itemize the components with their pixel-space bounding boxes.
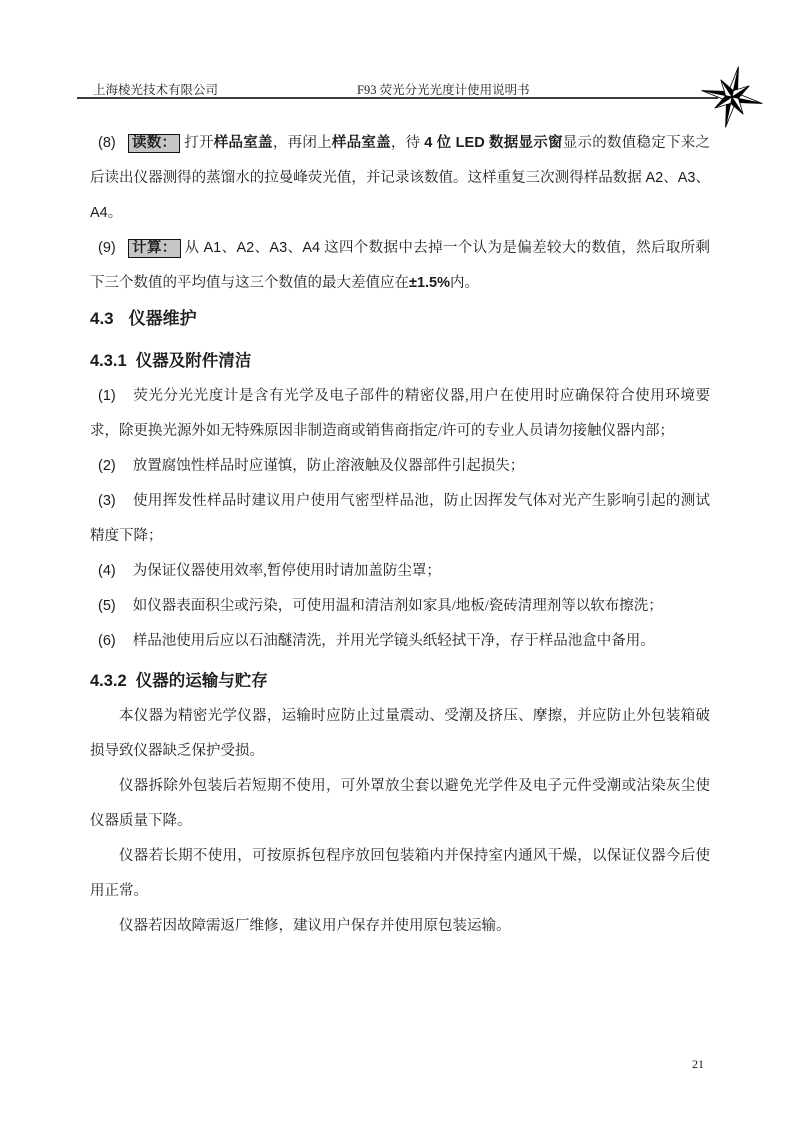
list-item: (2)放置腐蚀性样品时应谨慎，防止溶液触及仪器部件引起损失； — [90, 449, 710, 484]
body-paragraph: 本仪器为精密光学仪器，运输时应防止过量震动、受潮及挤压、摩擦，并应防止外包装箱破… — [90, 699, 710, 769]
item-number: (2) — [98, 458, 116, 474]
section-number: 4.3.1 — [90, 352, 127, 370]
section-title: 仪器的运输与贮存 — [136, 672, 268, 690]
section-number: 4.3.2 — [90, 672, 127, 690]
list-item: (3)使用挥发性样品时建议用户使用气密型样品池，防止因挥发气体对光产生影响引起的… — [90, 484, 710, 554]
document-body: (8)读数：打开样品室盖，再闭上样品室盖，待 4 位 LED 数据显示窗显示的数… — [90, 126, 710, 944]
document-page: 上海棱光技术有限公司 F93 荧光分光光度计使用说明书 (8)读数：打开样品室盖… — [0, 0, 793, 1122]
step-8-paragraph: (8)读数：打开样品室盖，再闭上样品室盖，待 4 位 LED 数据显示窗显示的数… — [90, 126, 710, 231]
header-doc-title: F93 荧光分光光度计使用说明书 — [357, 80, 530, 98]
calculate-label: 计算： — [128, 239, 181, 258]
item-number: (5) — [98, 598, 116, 614]
section-number: 4.3 — [90, 309, 114, 328]
item-number: (6) — [98, 633, 116, 649]
step-9-paragraph: (9)计算：从 A1、A2、A3、A4 这四个数据中去掉一个认为是偏差较大的数值… — [90, 231, 710, 301]
body-paragraph: 仪器若长期不使用，可按原拆包程序放回包装箱内并保持室内通风干燥，以保证仪器今后使… — [90, 839, 710, 909]
list-item: (4)为保证仪器使用效率,暂停使用时请加盖防尘罩； — [90, 554, 710, 589]
step-number: (9) — [98, 240, 116, 256]
item-number: (1) — [98, 388, 116, 404]
compass-rose-icon — [699, 64, 765, 130]
body-paragraph: 仪器若因故障需返厂维修，建议用户保存并使用原包装运输。 — [90, 909, 710, 944]
list-item: (1)荧光分光光度计是含有光学及电子部件的精密仪器,用户在使用时应确保符合使用环… — [90, 379, 710, 449]
body-paragraph: 仪器拆除外包装后若短期不使用，可外罩放尘套以避免光学件及电子元件受潮或沾染灰尘使… — [90, 769, 710, 839]
item-number: (4) — [98, 563, 116, 579]
step-number: (8) — [98, 135, 116, 151]
section-heading-4-3: 4.3仪器维护 — [90, 301, 710, 336]
section-heading-4-3-1: 4.3.1仪器及附件清洁 — [90, 344, 710, 379]
section-title: 仪器及附件清洁 — [136, 352, 252, 370]
page-number: 21 — [692, 1057, 704, 1072]
header-rule — [77, 97, 718, 99]
list-item: (5)如仪器表面积尘或污染，可使用温和清洁剂如家具/地板/瓷砖清理剂等以软布擦洗… — [90, 589, 710, 624]
header-company: 上海棱光技术有限公司 — [93, 80, 218, 98]
list-item: (6)样品池使用后应以石油醚清洗，并用光学镜头纸轻拭干净，存于样品池盒中备用。 — [90, 624, 710, 659]
section-heading-4-3-2: 4.3.2仪器的运输与贮存 — [90, 664, 710, 699]
readout-label: 读数： — [128, 134, 181, 153]
section-title: 仪器维护 — [129, 309, 197, 328]
item-number: (3) — [98, 493, 116, 509]
